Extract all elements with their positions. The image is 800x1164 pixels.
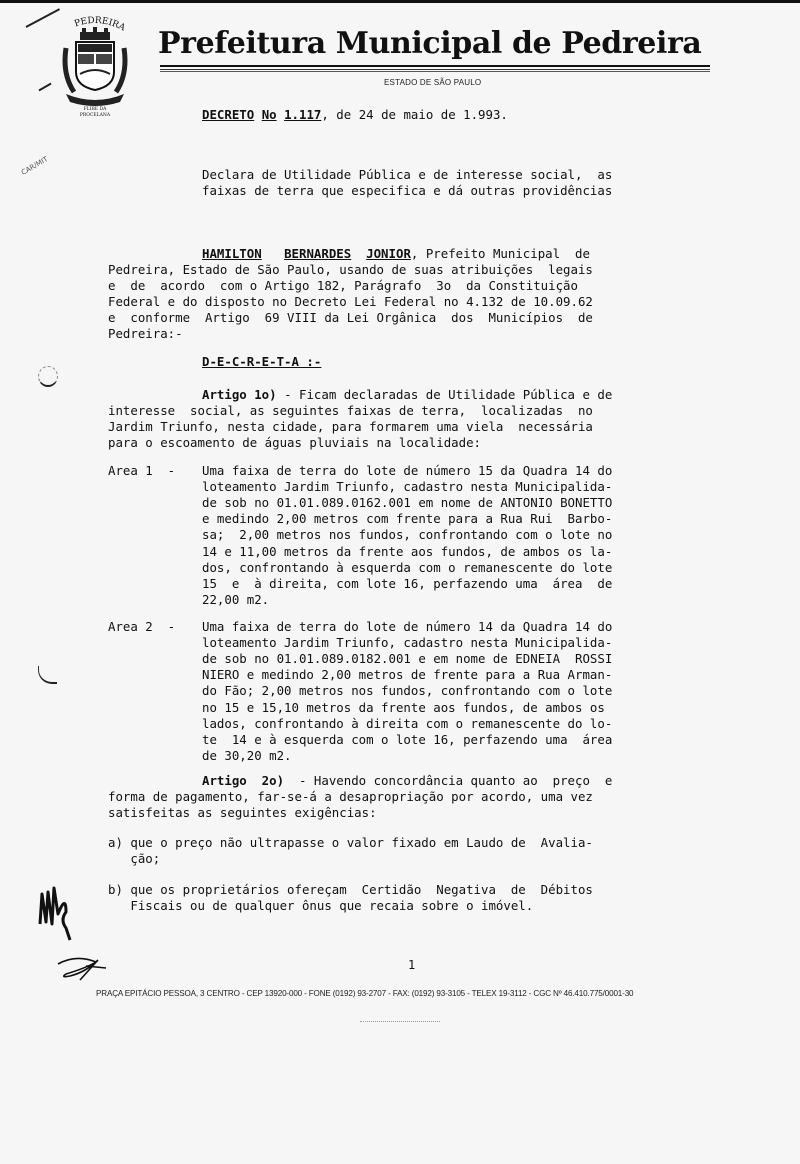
item-b-line: b) que os proprietários ofereçam Certidã…: [108, 882, 593, 898]
area-2-line: lados, confrontando à direita com o rema…: [202, 716, 612, 732]
decree-heading: DECRETO No 1.117, de 24 de maio de 1.993…: [202, 107, 508, 123]
scan-dots: [360, 1021, 440, 1022]
artigo-1-line: Jardim Triunfo, nesta cidade, para forma…: [108, 419, 593, 435]
preamble-line: e de acordo com o Artigo 182, Parágrafo …: [108, 278, 578, 294]
area-1-line: loteamento Jardim Triunfo, cadastro nest…: [202, 479, 612, 495]
artigo-1-label: Artigo 1o): [202, 387, 277, 402]
handwritten-initials: [36, 884, 78, 946]
margin-annotation: CAR/MIT: [20, 155, 49, 177]
decree-label: DECRETO: [202, 107, 254, 122]
title-rule: [160, 71, 710, 72]
artigo-2-line: forma de pagamento, far-se-á a desapropr…: [108, 789, 593, 805]
mayor-name-middle: BERNARDES: [284, 246, 351, 261]
area-1-line: sa; 2,00 metros nos fundos, confrontando…: [202, 527, 612, 543]
area-1-line: 14 e 11,00 metros da frente aos fundos, …: [202, 544, 612, 560]
svg-text:PEDREIRA: PEDREIRA: [73, 16, 127, 34]
preamble-text: , Prefeito Municipal de: [411, 246, 590, 261]
area-2-line: no 15 e 15,10 metros da frente aos fundo…: [202, 700, 605, 716]
decreta-heading: D-E-C-R-E-T-A :-: [202, 354, 321, 370]
item-a-line: ção;: [108, 851, 160, 867]
preamble-first-line: HAMILTON BERNARDES JONIOR, Prefeito Muni…: [202, 246, 590, 262]
preamble-line: Pedreira:-: [108, 326, 183, 342]
title-rule: [160, 69, 710, 70]
scan-border: [0, 0, 800, 3]
handwritten-rubric: [56, 954, 112, 982]
area-2-line: do Fão; 2,00 metros nos fundos, confront…: [202, 683, 612, 699]
area-1-label: Area 1 -: [108, 463, 175, 479]
pen-mark: [26, 8, 60, 28]
area-1-line: e medindo 2,00 metros com frente para a …: [202, 511, 612, 527]
area-1-line: de sob no 01.01.089.0162.001 em nome de …: [202, 495, 612, 511]
area-2-line: loteamento Jardim Triunfo, cadastro nest…: [202, 635, 612, 651]
artigo-1-first-line: Artigo 1o) - Ficam declaradas de Utilida…: [202, 387, 612, 403]
artigo-2-label: Artigo 2o): [202, 773, 284, 788]
punch-hole-mark: [38, 366, 58, 387]
item-b-line: Fiscais ou de qualquer ônus que recaia s…: [108, 898, 533, 914]
summary-line: Declara de Utilidade Pública e de intere…: [202, 167, 612, 183]
svg-text:FLIBE DA: FLIBE DA: [84, 106, 108, 112]
area-1-line: Uma faixa de terra do lote de número 15 …: [202, 463, 612, 479]
area-2-label: Area 2 -: [108, 619, 175, 635]
letterhead-footer-address: PRAÇA EPITÁCIO PESSOA, 3 CENTRO - CEP 13…: [96, 989, 633, 998]
item-a-line: a) que o preço não ultrapasse o valor fi…: [108, 835, 593, 851]
title-rule: [160, 65, 710, 67]
state-subtitle: ESTADO DE SÃO PAULO: [384, 78, 481, 87]
svg-text:PROCELANA: PROCELANA: [80, 112, 111, 118]
punch-hole-mark: [38, 666, 57, 684]
area-1-line: 22,00 m2.: [202, 592, 269, 608]
area-1-line: dos, confrontando à esquerda com o reman…: [202, 560, 612, 576]
decree-date: , de 24 de maio de 1.993.: [321, 107, 508, 122]
artigo-2-text: - Havendo concordância quanto ao preço e: [284, 773, 612, 788]
decree-number-label: No: [262, 107, 277, 122]
artigo-2-line: satisfeitas as seguintes exigências:: [108, 805, 377, 821]
mayor-name-first: HAMILTON: [202, 246, 262, 261]
area-2-line: te 14 e à esquerda com o lote 16, perfaz…: [202, 732, 612, 748]
area-1-line: 15 e à direita, com lote 16, perfazendo …: [202, 576, 612, 592]
artigo-2-first-line: Artigo 2o) - Havendo concordância quanto…: [202, 773, 612, 789]
preamble-line: Pedreira, Estado de São Paulo, usando de…: [108, 262, 593, 278]
artigo-1-text: - Ficam declaradas de Utilidade Pública …: [277, 387, 613, 402]
area-2-line: Uma faixa de terra do lote de número 14 …: [202, 619, 612, 635]
letterhead-title: Prefeitura Municipal de Pedreira: [158, 26, 718, 61]
mayor-name-last: JONIOR: [366, 246, 411, 261]
preamble-line: e conforme Artigo 69 VIII da Lei Orgânic…: [108, 310, 593, 326]
area-2-line: NIERO e medindo 2,00 metros de frente pa…: [202, 667, 612, 683]
artigo-1-line: interesse social, as seguintes faixas de…: [108, 403, 593, 419]
area-2-line: de 30,20 m2.: [202, 748, 292, 764]
page-number: 1: [408, 958, 415, 972]
city-coat-of-arms: PEDREIRA FLIBE DA PROCELANA: [60, 14, 130, 118]
preamble-line: Federal e do disposto no Decreto Lei Fed…: [108, 294, 593, 310]
artigo-1-line: para o escoamento de águas pluviais na l…: [108, 435, 481, 451]
decree-number: 1.117: [284, 107, 321, 122]
summary-line: faixas de terra que especifica e dá outr…: [202, 183, 612, 199]
pen-mark: [38, 83, 51, 92]
area-2-line: de sob no 01.01.089.0182.001 e em nome d…: [202, 651, 612, 667]
